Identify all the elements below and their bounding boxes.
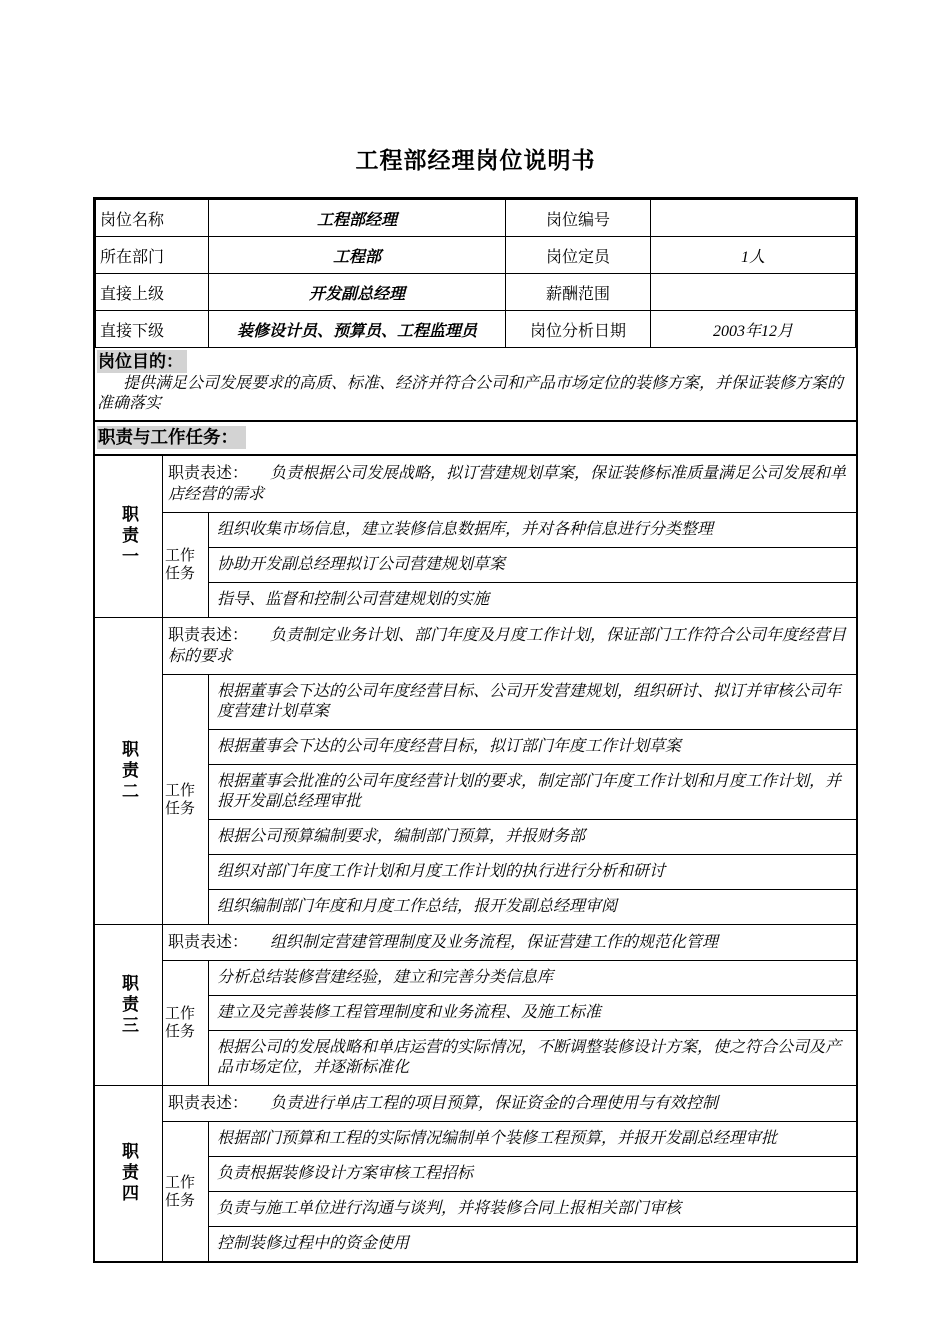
duty-2-statement-label: 职责表述： bbox=[168, 627, 248, 644]
duty-2-task-list: 根据董事会下达的公司年度经营目标、公司开发营建规划，组织研讨、拟订并审核公司年度… bbox=[209, 675, 856, 924]
duty-block-4: 职责四 职责表述：负责进行单店工程的项目预算，保证资金的合理使用与有效控制 工作… bbox=[95, 1086, 856, 1261]
duty-1-name-cell: 职责一 bbox=[95, 456, 163, 617]
info-value-analysis-date: 2003年12月 bbox=[651, 311, 856, 348]
info-value-position-number bbox=[651, 200, 856, 237]
info-label-direct-subordinates: 直接下级 bbox=[96, 311, 209, 348]
duty-4-task-group-label: 工作任务 bbox=[163, 1122, 209, 1261]
duty-4-statement-label: 职责表述： bbox=[168, 1095, 248, 1112]
task-row: 根据董事会下达的公司年度经营目标、公司开发营建规划，组织研讨、拟订并审核公司年度… bbox=[209, 675, 856, 730]
info-value-position-name: 工程部经理 bbox=[209, 200, 506, 237]
duty-3-task-area: 工作任务 分析总结装修营建经验，建立和完善分类信息库 建立及完善装修工程管理制度… bbox=[163, 961, 856, 1085]
duties-section-heading-row: 职责与工作任务： bbox=[95, 420, 856, 456]
duty-1-task-area: 工作任务 组织收集市场信息，建立装修信息数据库，并对各种信息进行分类整理 协助开… bbox=[163, 513, 856, 617]
task-row: 协助开发副总经理拟订公司营建规划草案 bbox=[209, 548, 856, 583]
table-row: 直接上级 开发副总经理 薪酬范围 bbox=[96, 274, 856, 311]
duty-3-main: 职责表述：组织制定营建管理制度及业务流程，保证营建工作的规范化管理 工作任务 分… bbox=[163, 925, 856, 1085]
info-label-department: 所在部门 bbox=[96, 237, 209, 274]
duty-block-2: 职责二 职责表述：负责制定业务计划、部门年度及月度工作计划，保证部门工作符合公司… bbox=[95, 618, 856, 925]
info-value-direct-subordinates: 装修设计员、预算员、工程监理员 bbox=[209, 311, 506, 348]
position-purpose-section: 岗位目的： 提供满足公司发展要求的高质、标准、经济并符合公司和产品市场定位的装修… bbox=[95, 348, 856, 420]
duty-1-task-list: 组织收集市场信息，建立装修信息数据库，并对各种信息进行分类整理 协助开发副总经理… bbox=[209, 513, 856, 617]
duty-2-task-area: 工作任务 根据董事会下达的公司年度经营目标、公司开发营建规划，组织研讨、拟订并审… bbox=[163, 675, 856, 924]
duties-section-heading: 职责与工作任务： bbox=[97, 426, 246, 449]
table-row: 所在部门 工程部 岗位定员 1人 bbox=[96, 237, 856, 274]
info-value-department: 工程部 bbox=[209, 237, 506, 274]
position-purpose-heading: 岗位目的： bbox=[97, 350, 187, 373]
info-label-position-name: 岗位名称 bbox=[96, 200, 209, 237]
duty-1-statement-label: 职责表述： bbox=[168, 465, 248, 482]
duty-2-name-cell: 职责二 bbox=[95, 618, 163, 924]
duty-1-task-group-label: 工作任务 bbox=[163, 513, 209, 617]
duty-4-statement-cell: 职责表述：负责进行单店工程的项目预算，保证资金的合理使用与有效控制 bbox=[163, 1086, 856, 1122]
duty-4-task-area: 工作任务 根据部门预算和工程的实际情况编制单个装修工程预算，并报开发副总经理审批… bbox=[163, 1122, 856, 1261]
info-label-headcount: 岗位定员 bbox=[506, 237, 651, 274]
duty-3-task-group-label: 工作任务 bbox=[163, 961, 209, 1085]
duty-2-statement-cell: 职责表述：负责制定业务计划、部门年度及月度工作计划，保证部门工作符合公司年度经营… bbox=[163, 618, 856, 675]
duty-4-statement-text: 负责进行单店工程的项目预算，保证资金的合理使用与有效控制 bbox=[270, 1095, 718, 1112]
duty-4-main: 职责表述：负责进行单店工程的项目预算，保证资金的合理使用与有效控制 工作任务 根… bbox=[163, 1086, 856, 1261]
job-description-document: 工程部经理岗位说明书 岗位名称 工程部经理 岗位编号 所在部门 工程部 岗位定员… bbox=[93, 142, 858, 1263]
duty-3-task-list: 分析总结装修营建经验，建立和完善分类信息库 建立及完善装修工程管理制度和业务流程… bbox=[209, 961, 856, 1085]
task-row: 根据公司的发展战略和单店运营的实际情况，不断调整装修设计方案，使之符合公司及产品… bbox=[209, 1031, 856, 1085]
duty-2-name: 职责二 bbox=[116, 740, 141, 803]
duty-3-statement-text: 组织制定营建管理制度及业务流程，保证营建工作的规范化管理 bbox=[270, 934, 718, 951]
duty-2-main: 职责表述：负责制定业务计划、部门年度及月度工作计划，保证部门工作符合公司年度经营… bbox=[163, 618, 856, 924]
table-row: 直接下级 装修设计员、预算员、工程监理员 岗位分析日期 2003年12月 bbox=[96, 311, 856, 348]
duty-1-statement-text: 负责根据公司发展战略，拟订营建规划草案，保证装修标准质量满足公司发展和单店经营的… bbox=[168, 465, 846, 503]
info-label-position-number: 岗位编号 bbox=[506, 200, 651, 237]
table-row: 岗位名称 工程部经理 岗位编号 bbox=[96, 200, 856, 237]
page-title: 工程部经理岗位说明书 bbox=[93, 142, 858, 175]
duty-block-3: 职责三 职责表述：组织制定营建管理制度及业务流程，保证营建工作的规范化管理 工作… bbox=[95, 925, 856, 1086]
duty-3-statement-cell: 职责表述：组织制定营建管理制度及业务流程，保证营建工作的规范化管理 bbox=[163, 925, 856, 961]
duty-2-statement-text: 负责制定业务计划、部门年度及月度工作计划，保证部门工作符合公司年度经营目标的要求 bbox=[168, 627, 846, 665]
duty-1-main: 职责表述：负责根据公司发展战略，拟订营建规划草案，保证装修标准质量满足公司发展和… bbox=[163, 456, 856, 617]
task-row: 根据董事会批准的公司年度经营计划的要求，制定部门年度工作计划和月度工作计划，并报… bbox=[209, 765, 856, 820]
task-row: 组织收集市场信息，建立装修信息数据库，并对各种信息进行分类整理 bbox=[209, 513, 856, 548]
task-row: 负责与施工单位进行沟通与谈判，并将装修合同上报相关部门审核 bbox=[209, 1192, 856, 1227]
duty-4-name: 职责四 bbox=[116, 1142, 141, 1205]
task-row: 根据公司预算编制要求，编制部门预算，并报财务部 bbox=[209, 820, 856, 855]
task-row: 组织编制部门年度和月度工作总结，报开发副总经理审阅 bbox=[209, 890, 856, 924]
task-row: 组织对部门年度工作计划和月度工作计划的执行进行分析和研讨 bbox=[209, 855, 856, 890]
task-row: 根据董事会下达的公司年度经营目标，拟订部门年度工作计划草案 bbox=[209, 730, 856, 765]
duty-1-name: 职责一 bbox=[116, 505, 141, 568]
duty-4-name-cell: 职责四 bbox=[95, 1086, 163, 1261]
duty-1-statement-cell: 职责表述：负责根据公司发展战略，拟订营建规划草案，保证装修标准质量满足公司发展和… bbox=[163, 456, 856, 513]
info-label-salary-range: 薪酬范围 bbox=[506, 274, 651, 311]
info-label-direct-superior: 直接上级 bbox=[96, 274, 209, 311]
task-row: 分析总结装修营建经验，建立和完善分类信息库 bbox=[209, 961, 856, 996]
info-value-direct-superior: 开发副总经理 bbox=[209, 274, 506, 311]
duty-block-1: 职责一 职责表述：负责根据公司发展战略，拟订营建规划草案，保证装修标准质量满足公… bbox=[95, 456, 856, 618]
task-row: 控制装修过程中的资金使用 bbox=[209, 1227, 856, 1261]
task-row: 负责根据装修设计方案审核工程招标 bbox=[209, 1157, 856, 1192]
position-info-table: 岗位名称 工程部经理 岗位编号 所在部门 工程部 岗位定员 1人 直接上级 开发… bbox=[95, 199, 856, 348]
info-value-headcount: 1人 bbox=[651, 237, 856, 274]
position-purpose-text: 提供满足公司发展要求的高质、标准、经济并符合公司和产品市场定位的装修方案，并保证… bbox=[97, 374, 852, 414]
document-table-frame: 岗位名称 工程部经理 岗位编号 所在部门 工程部 岗位定员 1人 直接上级 开发… bbox=[93, 197, 858, 1263]
duty-4-task-list: 根据部门预算和工程的实际情况编制单个装修工程预算，并报开发副总经理审批 负责根据… bbox=[209, 1122, 856, 1261]
duty-2-task-group-label: 工作任务 bbox=[163, 675, 209, 924]
info-value-salary-range bbox=[651, 274, 856, 311]
info-label-analysis-date: 岗位分析日期 bbox=[506, 311, 651, 348]
duty-3-statement-label: 职责表述： bbox=[168, 934, 248, 951]
task-row: 指导、监督和控制公司营建规划的实施 bbox=[209, 583, 856, 617]
duty-3-name: 职责三 bbox=[116, 974, 141, 1037]
task-row: 建立及完善装修工程管理制度和业务流程、及施工标准 bbox=[209, 996, 856, 1031]
duty-3-name-cell: 职责三 bbox=[95, 925, 163, 1085]
task-row: 根据部门预算和工程的实际情况编制单个装修工程预算，并报开发副总经理审批 bbox=[209, 1122, 856, 1157]
